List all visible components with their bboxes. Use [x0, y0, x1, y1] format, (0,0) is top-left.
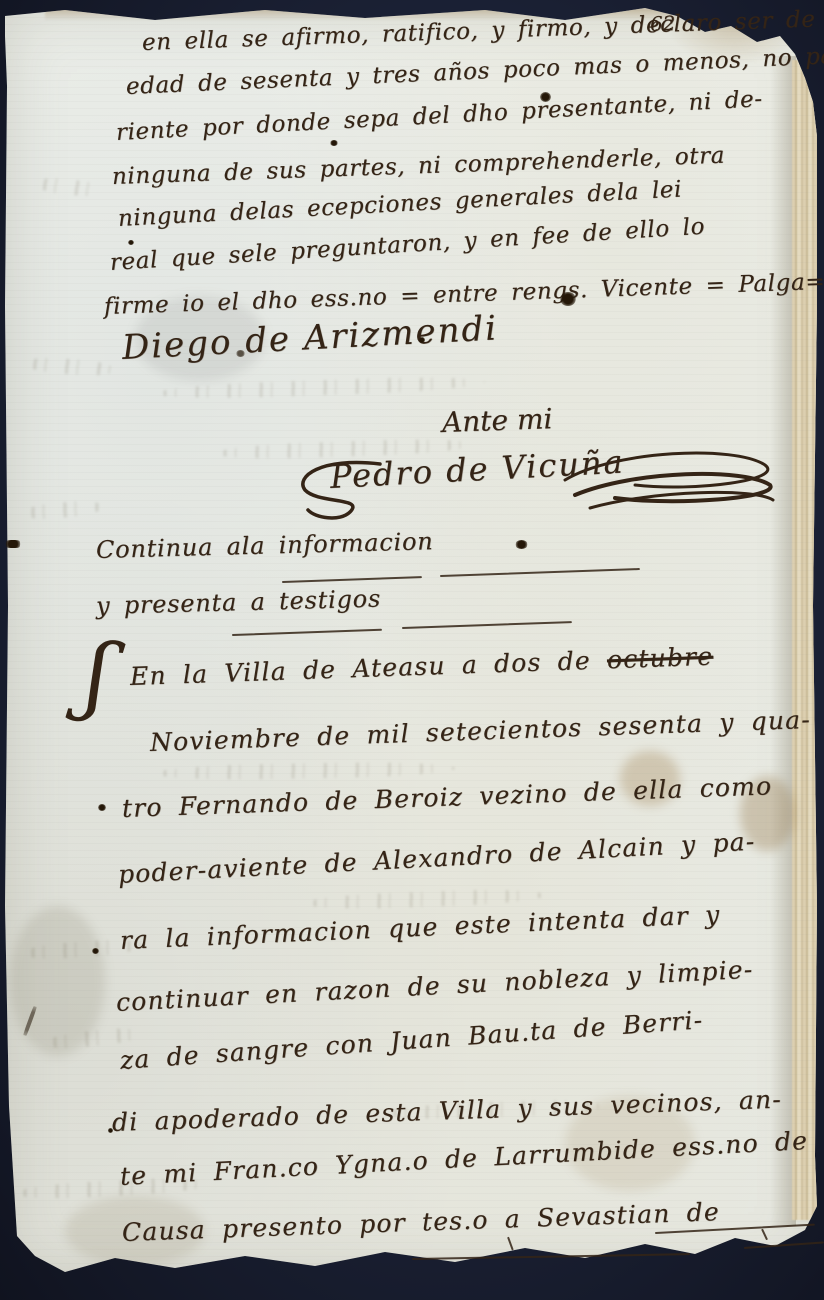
- ink-speck: [108, 1128, 113, 1133]
- stacked-page-edges: [792, 60, 820, 1220]
- ink-blot: [540, 92, 551, 102]
- ink-speck: [236, 350, 245, 357]
- ante-mi-label: Ante mi: [441, 402, 553, 439]
- bleedthrough-mark: [24, 356, 115, 377]
- bleedthrough-mark: [305, 888, 545, 911]
- ink-speck: [92, 948, 99, 954]
- margin-ink-mark: [4, 540, 22, 548]
- manuscript-scan: { "page_number": "62", "marks": { "parap…: [0, 0, 824, 1300]
- ink-speck: [419, 337, 425, 343]
- ink-blot: [560, 292, 576, 306]
- foot-stroke: [744, 1241, 824, 1249]
- bleedthrough-mark: [155, 761, 455, 781]
- rubric-swash-icon: [290, 452, 390, 522]
- bleedthrough-mark: [34, 176, 105, 198]
- bleedthrough-mark: [22, 499, 103, 521]
- rubric-flourish-icon: [555, 440, 785, 520]
- ink-speck: [98, 804, 106, 811]
- ink-speck: [330, 140, 338, 146]
- ink-blot: [515, 540, 528, 549]
- struck-word: octubre: [606, 642, 713, 675]
- ink-speck: [128, 240, 134, 245]
